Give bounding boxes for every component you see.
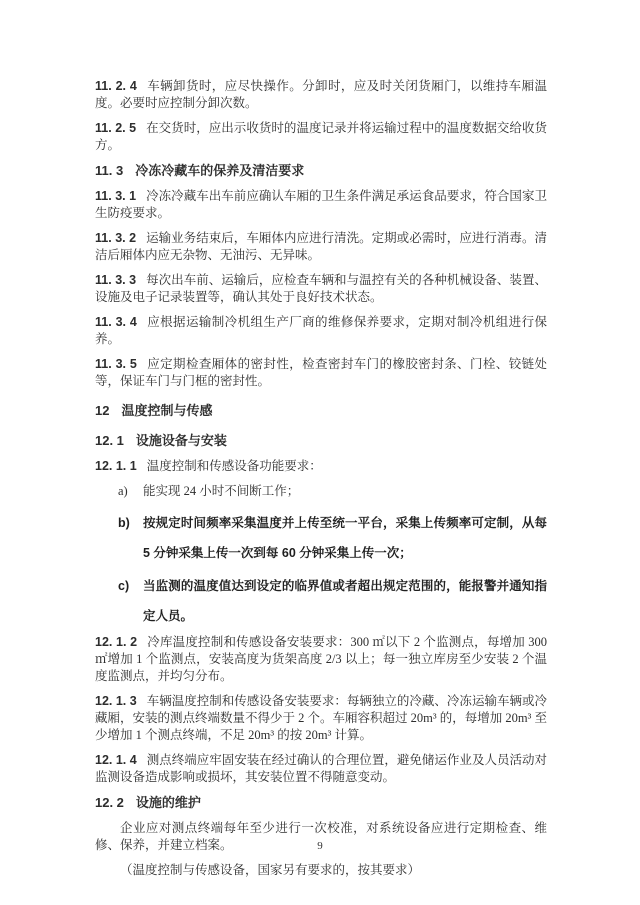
clause-number: 11. 3. 2 [95,231,136,245]
clause-text: 应根据运输制冷机组生产厂商的维修保养要求，定期对制冷机组进行保养。 [95,315,547,346]
section-title: 冷冻冷藏车的保养及清洁要求 [135,163,304,178]
clause-paragraph: 11. 3. 5应定期检查厢体的密封性，检查密封车门的橡胶密封条、门栓、铰链处等… [95,356,547,390]
section-heading: 12. 1设施设备与安装 [95,432,547,449]
list-item: c)当监测的温度值达到设定的临界值或者超出规定范围的，能报警并通知指定人员。 [95,571,547,631]
list-marker: c) [118,571,129,601]
section-heading: 11. 3冷冻冷藏车的保养及清洁要求 [95,162,547,179]
clause-text: 测点终端应牢固安装在经过确认的合理位置，避免储运作业及人员活动对监测设备造成影响… [95,753,547,784]
section-number: 12. 2 [95,795,124,810]
section-heading: 12温度控制与传感 [95,402,547,419]
clause-paragraph: 11. 2. 4车辆卸货时，应尽快操作。分卸时，应及时关闭货厢门，以维持车厢温度… [95,78,547,112]
document-body: 11. 2. 4车辆卸货时，应尽快操作。分卸时，应及时关闭货厢门，以维持车厢温度… [95,78,547,887]
clause-number: 12. 1. 2 [95,635,137,649]
clause-text: 运输业务结束后，车厢体内应进行清洗。定期或必需时，应进行消毒。清洁后厢体内应无杂… [95,231,547,262]
clause-text: 冷冻冷藏车出车前应确认车厢的卫生条件满足承运食品要求，符合国家卫生防疫要求。 [95,189,547,220]
list-item: a)能实现 24 小时不间断工作； [95,483,547,500]
clause-paragraph: 12. 1. 3车辆温度控制和传感设备安装要求：每辆独立的冷藏、冷冻运输车辆或冷… [95,693,547,744]
clause-paragraph: 12. 1. 4测点终端应牢固安装在经过确认的合理位置，避免储运作业及人员活动对… [95,752,547,786]
clause-paragraph: 11. 3. 3每次出车前、运输后，应检查车辆和与温控有关的各种机械设备、装置、… [95,272,547,306]
body-paragraph: （温度控制与传感设备，国家另有要求的，按其要求） [95,862,547,879]
document-page: 11. 2. 4车辆卸货时，应尽快操作。分卸时，应及时关闭货厢门，以维持车厢温度… [0,0,640,905]
clause-paragraph: 11. 3. 1冷冻冷藏车出车前应确认车厢的卫生条件满足承运食品要求，符合国家卫… [95,188,547,222]
list-text: 按规定时间频率采集温度并上传至统一平台，采集上传频率可定制，从每 5 分钟采集上… [143,516,547,560]
list-marker: a) [118,483,128,500]
clause-text: 车辆温度控制和传感设备安装要求：每辆独立的冷藏、冷冻运输车辆或冷藏厢，安装的测点… [95,694,547,742]
clause-paragraph: 11. 2. 5在交货时，应出示收货时的温度记录并将运输过程中的温度数据交给收货… [95,120,547,154]
clause-number: 12. 1. 4 [95,753,137,767]
clause-number: 11. 2. 5 [95,121,136,135]
section-number: 12 [95,403,109,418]
clause-text: 应定期检查厢体的密封性，检查密封车门的橡胶密封条、门栓、铰链处等，保证车门与门框… [95,357,547,388]
clause-number: 11. 3. 1 [95,189,136,203]
clause-number: 12. 1. 3 [95,694,137,708]
clause-paragraph: 12. 1. 1温度控制和传感设备功能要求： [95,458,547,475]
page-number: 9 [0,840,640,852]
clause-number: 12. 1. 1 [95,459,137,473]
clause-number: 11. 3. 5 [95,357,137,371]
section-title: 设施设备与安装 [136,433,227,448]
section-title: 设施的维护 [136,795,201,810]
clause-text: 温度控制和传感设备功能要求： [147,459,322,473]
list-marker: b) [118,508,130,538]
clause-text: 在交货时，应出示收货时的温度记录并将运输过程中的温度数据交给收货方。 [95,121,547,152]
clause-paragraph: 12. 1. 2冷库温度控制和传感设备安装要求：300 ㎡以下 2 个监测点，每… [95,634,547,685]
list-text: 能实现 24 小时不间断工作； [143,484,299,498]
clause-text: 每次出车前、运输后，应检查车辆和与温控有关的各种机械设备、装置、设施及电子记录装… [95,273,547,304]
clause-text: 冷库温度控制和传感设备安装要求：300 ㎡以下 2 个监测点，每增加 300 ㎡… [95,635,547,683]
section-number: 12. 1 [95,433,124,448]
clause-text: 车辆卸货时，应尽快操作。分卸时，应及时关闭货厢门，以维持车厢温度。必要时应控制分… [95,79,547,110]
section-title: 温度控制与传感 [121,403,212,418]
list-item: b)按规定时间频率采集温度并上传至统一平台，采集上传频率可定制，从每 5 分钟采… [95,508,547,568]
clause-number: 11. 3. 3 [95,273,136,287]
clause-paragraph: 11. 3. 4应根据运输制冷机组生产厂商的维修保养要求，定期对制冷机组进行保养… [95,314,547,348]
section-heading: 12. 2设施的维护 [95,794,547,811]
clause-paragraph: 11. 3. 2运输业务结束后，车厢体内应进行清洗。定期或必需时，应进行消毒。清… [95,230,547,264]
clause-number: 11. 2. 4 [95,79,137,93]
section-number: 11. 3 [95,163,123,178]
list-text: 当监测的温度值达到设定的临界值或者超出规定范围的，能报警并通知指定人员。 [143,579,547,623]
clause-number: 11. 3. 4 [95,315,137,329]
